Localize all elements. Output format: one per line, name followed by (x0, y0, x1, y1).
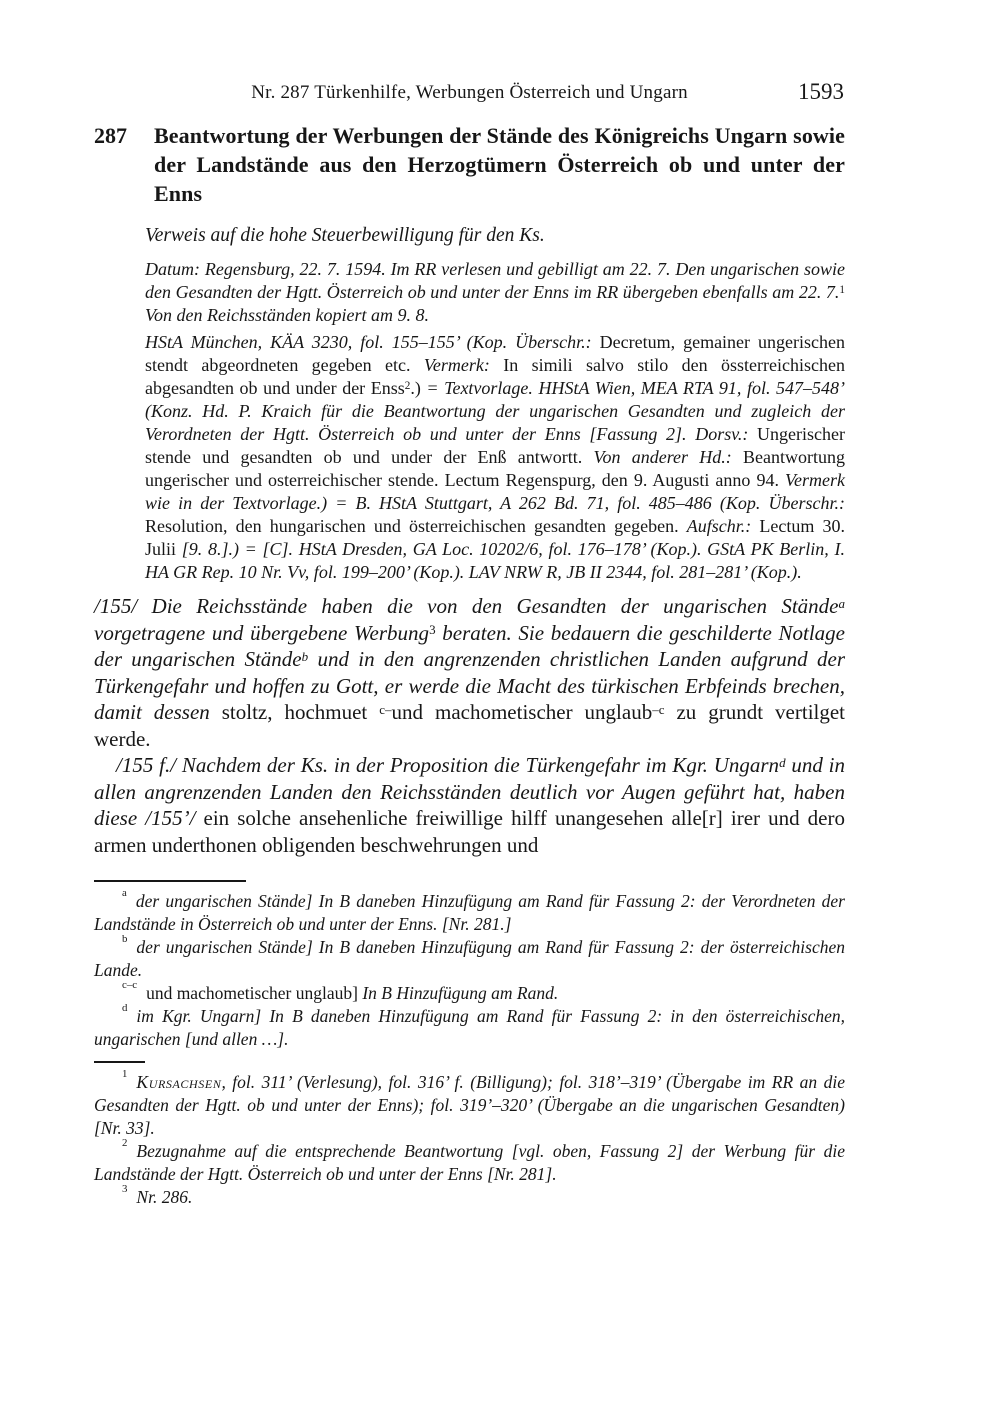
text-run: In B Hinzufügung am Rand. (362, 983, 558, 1003)
superscript-note-mark: 1 (839, 284, 845, 296)
footnote-marker: a (122, 887, 127, 899)
footnote-marker: b (122, 933, 127, 945)
footnote-marker: c–c (122, 979, 137, 991)
text-run: /155/ Die Reichsstände haben die von den… (94, 594, 838, 618)
page-number: 1593 (798, 80, 844, 104)
superscript-note-mark: b (302, 649, 309, 664)
footnote-marker: d (122, 1002, 127, 1014)
text-run: /155 f./ Nachdem der Ks. in der Proposit… (116, 753, 779, 777)
document-number: 287 (94, 121, 154, 208)
commentary-footnotes: 1Kursachsen, fol. 311’ (Verlesung), fol.… (94, 1071, 845, 1209)
date-note: Datum: Regensburg, 22. 7. 1594. Im RR ve… (145, 258, 845, 327)
text-run: Datum: Regensburg, 22. 7. 1594. Im RR ve… (145, 259, 845, 302)
variant-footnotes: ader ungarischen Stände] In B daneben Hi… (94, 890, 845, 1051)
footnote-marker: 2 (122, 1137, 127, 1149)
text-run: Nr. 286. (136, 1187, 192, 1207)
text-run: im Kgr. Ungarn] In B daneben Hinzufügung… (94, 1006, 845, 1049)
text-run: stoltz, hochmuet (222, 700, 379, 724)
paragraph-2: /155 f./ Nachdem der Ks. in der Proposit… (94, 752, 845, 858)
commentary-footnote: 1Kursachsen, fol. 311’ (Verlesung), fol.… (94, 1071, 845, 1140)
paragraph-1: /155/ Die Reichsstände haben die von den… (94, 593, 845, 752)
text-run: Vermerk: (424, 355, 503, 375)
head-note: Datum: Regensburg, 22. 7. 1594. Im RR ve… (145, 258, 845, 584)
variant-footnote: bder ungarischen Stände] In B daneben Hi… (94, 936, 845, 982)
text-run: der ungarischen Stände] In B daneben Hin… (94, 937, 845, 980)
text-run: vorgetragene und übergebene Werbung (94, 621, 429, 645)
commentary-footnote-separator (94, 1061, 145, 1063)
book-page: Nr. 287 Türkenhilfe, Werbungen Österreic… (0, 0, 1004, 1418)
variant-footnote-separator (94, 880, 246, 882)
superscript-note-mark: –c (652, 702, 664, 717)
commentary-footnote: 2Bezugnahme auf die entsprechende Beantw… (94, 1140, 845, 1186)
text-run: und machometischer unglaub] (146, 983, 362, 1003)
superscript-note-mark: 2 (405, 380, 411, 392)
text-run: Von den Reichsständen kopiert am 9. 8. (145, 305, 429, 325)
variant-footnote: dim Kgr. Ungarn] In B daneben Hinzufügun… (94, 1005, 845, 1051)
document-title: Beantwortung der Werbungen der Stände de… (154, 121, 845, 208)
text-column: Nr. 287 Türkenhilfe, Werbungen Österreic… (94, 80, 845, 1209)
text-run: Resolution, den hungarischen und österre… (145, 516, 687, 536)
superscript-note-mark: d (779, 755, 786, 770)
text-run: Kursachsen (136, 1072, 221, 1092)
text-run: HStA München, KÄA 3230, fol. 155–155’ (K… (145, 332, 600, 352)
variant-footnote: c–cund machometischer unglaub] In B Hinz… (94, 982, 845, 1005)
text-run: Aufschr.: (687, 516, 760, 536)
superscript-note-mark: c– (379, 702, 391, 717)
text-run: Von anderer Hd.: (594, 447, 744, 467)
text-run: ein solche ansehenliche freiwillige hilf… (94, 806, 845, 857)
text-run: Bezugnahme auf die entsprechende Beantwo… (94, 1141, 845, 1184)
footnote-marker: 1 (122, 1068, 127, 1080)
running-title: Nr. 287 Türkenhilfe, Werbungen Österreic… (94, 82, 845, 104)
variant-footnote: ader ungarischen Stände] In B daneben Hi… (94, 890, 845, 936)
superscript-note-mark: a (838, 596, 845, 611)
summary-line: Verweis auf die hohe Steuerbewilligung f… (145, 225, 845, 247)
commentary-footnote: 3Nr. 286. (94, 1186, 845, 1209)
archive-note: HStA München, KÄA 3230, fol. 155–155’ (K… (145, 331, 845, 584)
text-run: und machometischer unglaub (392, 700, 653, 724)
running-head: Nr. 287 Türkenhilfe, Werbungen Österreic… (94, 80, 845, 106)
main-text: /155/ Die Reichsstände haben die von den… (94, 593, 845, 858)
document-heading: 287 Beantwortung der Werbungen der Ständ… (94, 121, 845, 208)
text-run: /155’/ (145, 806, 203, 830)
text-run: der ungarischen Stände] In B daneben Hin… (94, 891, 845, 934)
superscript-note-mark: 3 (429, 622, 436, 637)
text-run: .) (410, 378, 426, 398)
text-run: [9. 8.].) = [C]. HStA Dresden, GA Loc. 1… (145, 539, 845, 582)
footnote-marker: 3 (122, 1183, 127, 1195)
